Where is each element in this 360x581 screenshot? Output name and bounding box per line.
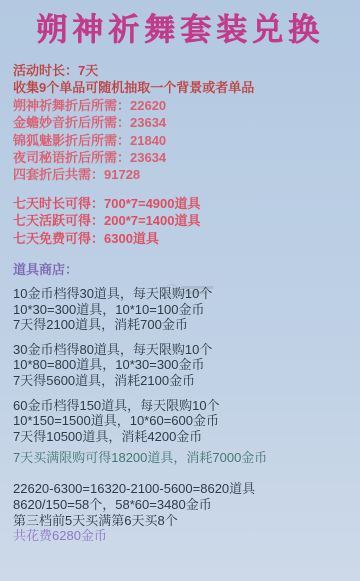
- page-title: 朔神祈舞套装兑换: [0, 12, 360, 48]
- tier-math-line: 10*80=800道具，10*30=300金币: [13, 357, 352, 373]
- weekly-gain-block: 七天时长可得：700*7=4900道具 七天活跃可得：200*7=1400道具 …: [13, 195, 352, 247]
- suit-discount-block: 朔神祈舞折后所需：22620 金蟾妙音折后所需：23634 锦狐魅影折后所需：2…: [13, 97, 352, 184]
- suit-cost-line: 朔神祈舞折后所需：22620: [13, 97, 352, 114]
- total-cost-line: 四套折后共需：91728: [13, 166, 352, 183]
- total-spend-line: 共花费6280金币: [13, 528, 352, 544]
- suit-cost-line: 金蟾妙音折后所需：23634: [13, 114, 352, 131]
- final-calc-block: 22620-6300=16320-2100-5600=8620道具 8620/1…: [13, 481, 352, 543]
- collect-rule-line: 收集9个单品可随机抽取一个背景或者单品: [13, 79, 352, 96]
- shop-tier-1: 10金币档得30道具，每天限购10个 10*30=300道具，10*10=100…: [13, 286, 352, 333]
- calc-strategy-line: 第三档前5天买满第6天买8个: [13, 513, 352, 529]
- tier-week-line: 7天得10500道具，消耗4200金币: [13, 429, 352, 445]
- tier-week-line: 7天得5600道具，消耗2100金币: [13, 373, 352, 389]
- weekly-free-line: 七天免费可得：6300道具: [13, 230, 352, 247]
- guide-infographic: 朔神祈舞套装兑换 活动时长：7天 收集9个单品可随机抽取一个背景或者单品 朔神祈…: [0, 0, 360, 581]
- tier-desc-line: 30金币档得80道具，每天限购10个: [13, 342, 352, 358]
- suit-cost-line: 夜司秘语折后所需：23634: [13, 149, 352, 166]
- shop-section-header: 道具商店：: [13, 262, 352, 278]
- weekly-active-line: 七天活跃可得：200*7=1400道具: [13, 212, 352, 229]
- shop-summary-line: 7天买满限购可得18200道具，消耗7000金币: [13, 450, 352, 466]
- tier-week-line: 7天得2100道具，消耗700金币: [13, 317, 352, 333]
- tier-desc-line: 60金币档得150道具，每天限购10个: [13, 398, 352, 414]
- activity-duration-line: 活动时长：7天: [13, 62, 352, 79]
- weekly-duration-line: 七天时长可得：700*7=4900道具: [13, 195, 352, 212]
- shop-tier-3: 60金币档得150道具，每天限购10个 10*150=1500道具，10*60=…: [13, 398, 352, 445]
- activity-info-block: 活动时长：7天 收集9个单品可随机抽取一个背景或者单品: [13, 62, 352, 97]
- suit-cost-line: 锦狐魅影折后所需：21840: [13, 132, 352, 149]
- tier-math-line: 10*150=1500道具，10*60=600金币: [13, 413, 352, 429]
- tier-desc-line: 10金币档得30道具，每天限购10个: [13, 286, 352, 302]
- content: 活动时长：7天 收集9个单品可随机抽取一个背景或者单品 朔神祈舞折后所需：226…: [0, 62, 360, 544]
- tier-math-line: 10*30=300道具，10*10=100金币: [13, 302, 352, 318]
- shop-tier-2: 30金币档得80道具，每天限购10个 10*80=800道具，10*30=300…: [13, 342, 352, 389]
- calc-purchases-line: 8620/150=58个，58*60=3480金币: [13, 497, 352, 513]
- calc-remaining-line: 22620-6300=16320-2100-5600=8620道具: [13, 481, 352, 497]
